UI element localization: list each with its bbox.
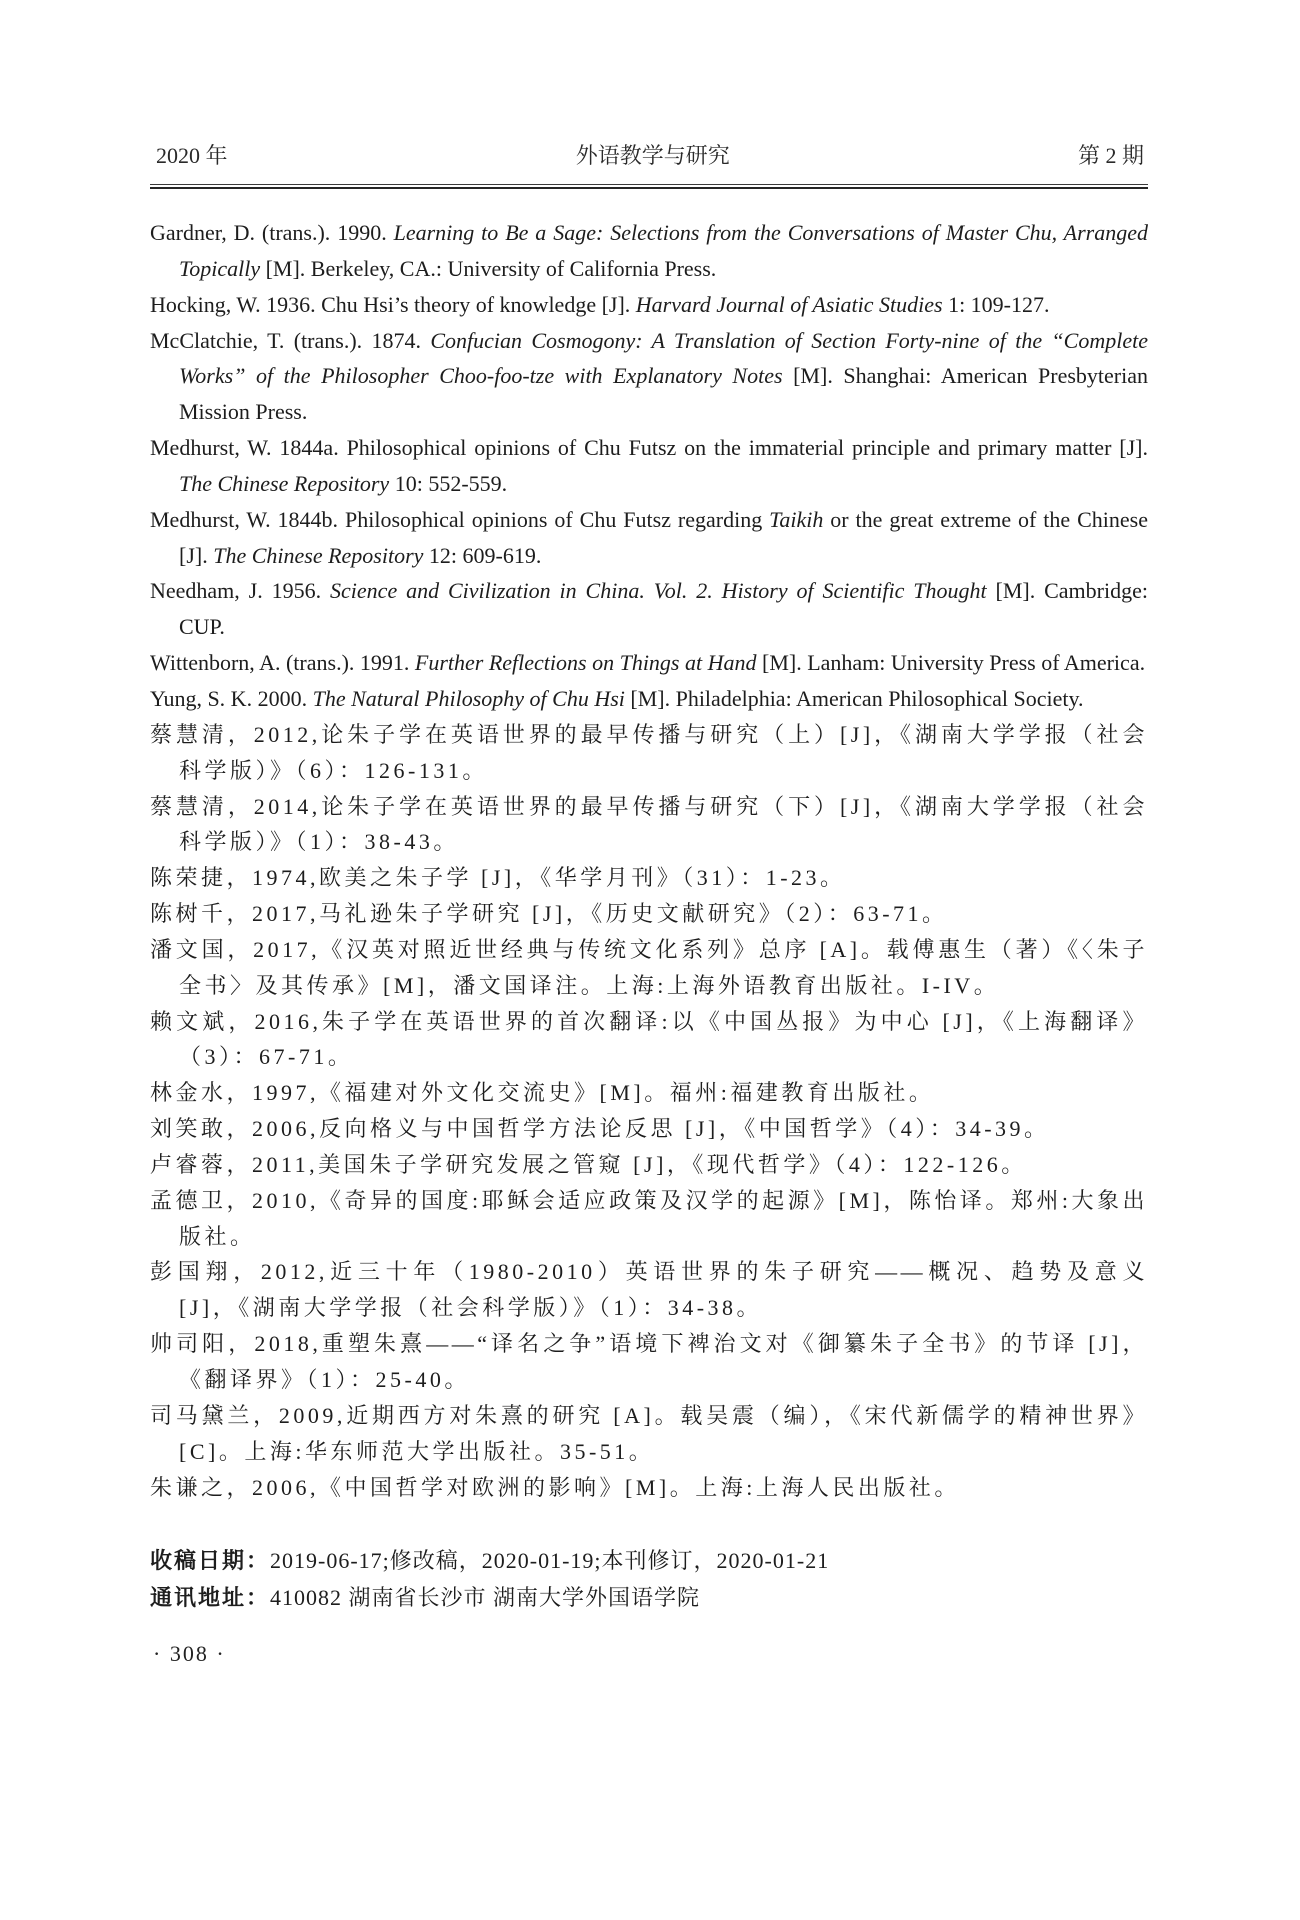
reference-segment: The Chinese Repository <box>179 471 389 496</box>
address-line: 通讯地址：410082 湖南省长沙市 湖南大学外国语学院 <box>150 1579 1148 1616</box>
reference-segment: The Natural Philosophy of Chu Hsi <box>313 686 625 711</box>
reference-segment: 赖文斌，2016,朱子学在英语世界的首次翻译:以《中国丛报》为中心 [J]，《上… <box>150 1009 1148 1070</box>
header-journal-title: 外语教学与研究 <box>228 144 1078 168</box>
header-year: 2020 年 <box>156 144 228 168</box>
reference-item: 赖文斌，2016,朱子学在英语世界的首次翻译:以《中国丛报》为中心 [J]，《上… <box>150 1004 1148 1076</box>
reference-item: 陈树千，2017,马礼逊朱子学研究 [J]，《历史文献研究》（2）：63-71。 <box>150 896 1148 932</box>
reference-segment: 10: 552-559. <box>389 471 507 496</box>
address-label: 通讯地址： <box>150 1585 270 1610</box>
reference-item: Wittenborn, A. (trans.). 1991. Further R… <box>150 645 1148 681</box>
received-date-line: 收稿日期：2019-06-17;修改稿，2020-01-19;本刊修订，2020… <box>150 1542 1148 1579</box>
reference-item: Yung, S. K. 2000. The Natural Philosophy… <box>150 681 1148 717</box>
reference-item: 帅司阳，2018,重塑朱熹——“译名之争”语境下裨治文对《御纂朱子全书》的节译 … <box>150 1326 1148 1398</box>
reference-item: 蔡慧清，2012,论朱子学在英语世界的最早传播与研究（上）[J]，《湖南大学学报… <box>150 717 1148 789</box>
reference-segment: 潘文国，2017,《汉英对照近世经典与传统文化系列》总序 [A]。载傅惠生（著）… <box>150 937 1148 998</box>
reference-segment: 帅司阳，2018,重塑朱熹——“译名之争”语境下裨治文对《御纂朱子全书》的节译 … <box>150 1331 1148 1392</box>
reference-segment: Harvard Journal of Asiatic Studies <box>636 292 943 317</box>
reference-segment: Further Reflections on Things at Hand <box>415 650 757 675</box>
page-number: · 308 · <box>153 1641 1300 1667</box>
reference-segment: 林金水，1997,《福建对外文化交流史》[M]。福州:福建教育出版社。 <box>150 1080 934 1105</box>
reference-item: Hocking, W. 1936. Chu Hsi’s theory of kn… <box>150 287 1148 323</box>
reference-item: Medhurst, W. 1844a. Philosophical opinio… <box>150 430 1148 502</box>
reference-item: McClatchie, T. (trans.). 1874. Confucian… <box>150 323 1148 431</box>
reference-segment: Needham, J. 1956. <box>150 578 330 603</box>
reference-segment: 朱谦之，2006,《中国哲学对欧洲的影响》[M]。上海:上海人民出版社。 <box>150 1475 960 1500</box>
reference-item: Medhurst, W. 1844b. Philosophical opinio… <box>150 502 1148 574</box>
reference-segment: 孟德卫，2010,《奇异的国度:耶稣会适应政策及汉学的起源》[M]，陈怡译。郑州… <box>150 1188 1148 1249</box>
reference-segment: Yung, S. K. 2000. <box>150 686 313 711</box>
reference-segment: 陈树千，2017,马礼逊朱子学研究 [J]，《历史文献研究》（2）：63-71。 <box>150 901 948 926</box>
reference-segment: 1: 109-127. <box>943 292 1050 317</box>
reference-segment: [M]. Lanham: University Press of America… <box>757 650 1146 675</box>
reference-item: 陈荣捷，1974,欧美之朱子学 [J]，《华学月刊》（31）：1-23。 <box>150 860 1148 896</box>
reference-segment: The Chinese Repository <box>213 543 423 568</box>
reference-segment: 蔡慧清，2014,论朱子学在英语世界的最早传播与研究（下）[J]，《湖南大学学报… <box>150 794 1148 855</box>
reference-segment: 12: 609-619. <box>423 543 541 568</box>
reference-segment: 陈荣捷，1974,欧美之朱子学 [J]，《华学月刊》（31）：1-23。 <box>150 865 846 890</box>
reference-segment: 蔡慧清，2012,论朱子学在英语世界的最早传播与研究（上）[J]，《湖南大学学报… <box>150 722 1148 783</box>
reference-segment: 刘笑敢，2006,反向格义与中国哲学方法论反思 [J]，《中国哲学》（4）：34… <box>150 1116 1050 1141</box>
reference-item: 刘笑敢，2006,反向格义与中国哲学方法论反思 [J]，《中国哲学》（4）：34… <box>150 1111 1148 1147</box>
reference-item: 孟德卫，2010,《奇异的国度:耶稣会适应政策及汉学的起源》[M]，陈怡译。郑州… <box>150 1183 1148 1255</box>
journal-page: 2020 年 外语教学与研究 第 2 期 Gardner, D. (trans.… <box>0 0 1300 1920</box>
address-value: 410082 湖南省长沙市 湖南大学外国语学院 <box>270 1585 700 1610</box>
reference-segment: 彭国翔，2012,近三十年（1980-2010）英语世界的朱子研究——概况、趋势… <box>150 1259 1148 1320</box>
reference-item: 司马黛兰，2009,近期西方对朱熹的研究 [A]。载吴震（编），《宋代新儒学的精… <box>150 1398 1148 1470</box>
reference-segment: Taikih <box>769 507 823 532</box>
header-rule <box>150 184 1148 189</box>
references-list: Gardner, D. (trans.). 1990. Learning to … <box>150 215 1148 1505</box>
reference-segment: Wittenborn, A. (trans.). 1991. <box>150 650 415 675</box>
reference-segment: 卢睿蓉，2011,美国朱子学研究发展之管窥 [J]，《现代哲学》（4）：122-… <box>150 1152 1027 1177</box>
reference-segment: Medhurst, W. 1844a. Philosophical opinio… <box>150 435 1148 460</box>
received-date-value: 2019-06-17;修改稿，2020-01-19;本刊修订，2020-01-2… <box>270 1548 829 1573</box>
reference-item: 潘文国，2017,《汉英对照近世经典与传统文化系列》总序 [A]。载傅惠生（著）… <box>150 932 1148 1004</box>
reference-item: Gardner, D. (trans.). 1990. Learning to … <box>150 215 1148 287</box>
reference-item: 卢睿蓉，2011,美国朱子学研究发展之管窥 [J]，《现代哲学》（4）：122-… <box>150 1147 1148 1183</box>
reference-segment: McClatchie, T. (trans.). 1874. <box>150 328 430 353</box>
reference-segment: Gardner, D. (trans.). 1990. <box>150 220 394 245</box>
reference-segment: [M]. Philadelphia: American Philosophica… <box>625 686 1084 711</box>
reference-item: 彭国翔，2012,近三十年（1980-2010）英语世界的朱子研究——概况、趋势… <box>150 1254 1148 1326</box>
reference-item: Needham, J. 1956. Science and Civilizati… <box>150 573 1148 645</box>
page-header: 2020 年 外语教学与研究 第 2 期 <box>0 0 1300 168</box>
received-date-label: 收稿日期： <box>150 1548 270 1573</box>
reference-item: 蔡慧清，2014,论朱子学在英语世界的最早传播与研究（下）[J]，《湖南大学学报… <box>150 789 1148 861</box>
reference-segment: 司马黛兰，2009,近期西方对朱熹的研究 [A]。载吴震（编），《宋代新儒学的精… <box>150 1403 1148 1464</box>
manuscript-info: 收稿日期：2019-06-17;修改稿，2020-01-19;本刊修订，2020… <box>150 1542 1148 1616</box>
reference-segment: Hocking, W. 1936. Chu Hsi’s theory of kn… <box>150 292 636 317</box>
reference-item: 林金水，1997,《福建对外文化交流史》[M]。福州:福建教育出版社。 <box>150 1075 1148 1111</box>
reference-item: 朱谦之，2006,《中国哲学对欧洲的影响》[M]。上海:上海人民出版社。 <box>150 1470 1148 1506</box>
reference-segment: Science and Civilization in China. Vol. … <box>330 578 987 603</box>
header-issue: 第 2 期 <box>1078 144 1144 168</box>
reference-segment: [M]. Berkeley, CA.: University of Califo… <box>260 256 716 281</box>
reference-segment: Medhurst, W. 1844b. Philosophical opinio… <box>150 507 769 532</box>
